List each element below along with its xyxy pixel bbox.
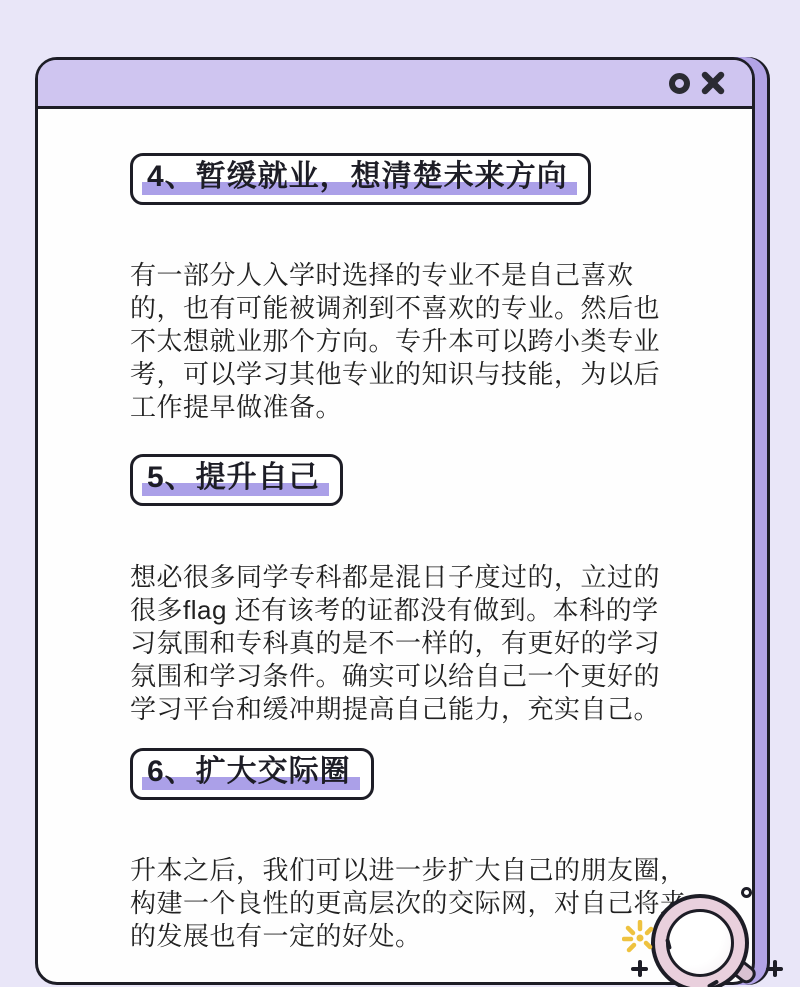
lens-tick-icon — [707, 979, 719, 987]
window-titlebar — [38, 60, 752, 109]
section-6-heading: 6、扩大交际圈 — [147, 755, 351, 788]
close-icon[interactable] — [700, 70, 726, 96]
section-6-heading-box: 6、扩大交际圈 — [130, 748, 374, 800]
plus-icon — [631, 960, 648, 977]
sparkle-icon — [622, 920, 658, 956]
browser-window: 4、暂缓就业，想清楚未来方向 有一部分人入学时选择的专业不是自己喜欢 的，也有可… — [35, 57, 755, 985]
section-4: 4、暂缓就业，想清楚未来方向 有一部分人入学时选择的专业不是自己喜欢 的，也有可… — [130, 153, 732, 424]
section-5-heading: 5、提升自己 — [147, 461, 320, 494]
plus-icon — [766, 960, 783, 977]
magnifier-lens — [666, 909, 734, 977]
small-circle-icon — [741, 887, 752, 898]
section-4-paragraph: 有一部分人入学时选择的专业不是自己喜欢 的，也有可能被调剂到不喜欢的专业。然后也… — [130, 259, 732, 424]
section-6: 6、扩大交际圈 升本之后，我们可以进一步扩大自己的朋友圈， 构建一个良性的更高层… — [130, 726, 732, 953]
article-content: 4、暂缓就业，想清楚未来方向 有一部分人入学时选择的专业不是自己喜欢 的，也有可… — [38, 109, 752, 953]
magnifier-ring — [651, 894, 749, 987]
section-4-heading-box: 4、暂缓就业，想清楚未来方向 — [130, 153, 591, 205]
circle-control-icon[interactable] — [669, 73, 690, 94]
section-4-heading: 4、暂缓就业，想清楚未来方向 — [147, 160, 568, 193]
section-5-paragraph: 想必很多同学专科都是混日子度过的，立过的 很多flag 还有该考的证都没有做到。… — [130, 561, 732, 726]
section-5: 5、提升自己 想必很多同学专科都是混日子度过的，立过的 很多flag 还有该考的… — [130, 424, 732, 726]
section-5-heading-box: 5、提升自己 — [130, 454, 343, 506]
